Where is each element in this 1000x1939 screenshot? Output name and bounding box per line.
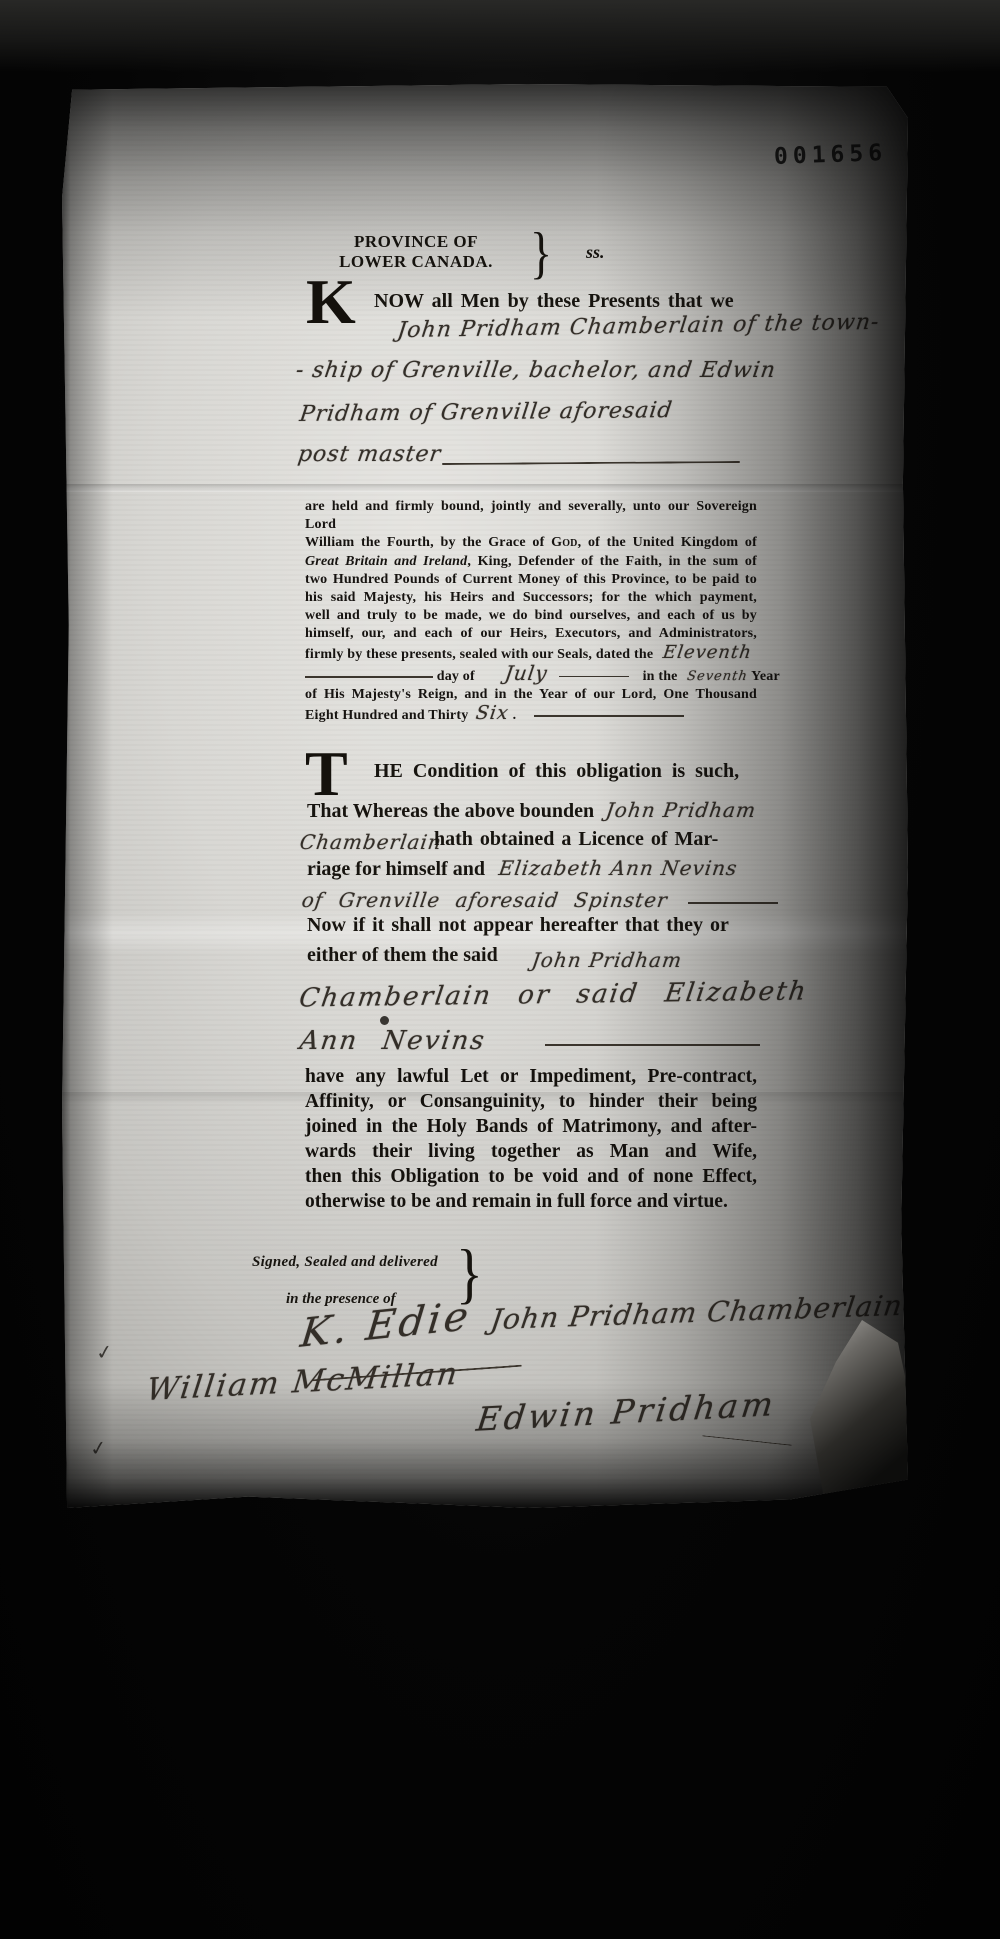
- bond-line: Great Britain and Ireland, King, Defende…: [305, 553, 757, 571]
- ss-abbreviation: ss.: [586, 242, 605, 263]
- attestation-line1: Signed, Sealed and delivered: [252, 1254, 438, 1271]
- handwritten-parties-line2: Chamberlain or said Elizabeth: [297, 976, 809, 1013]
- scan-backdrop: 001656 PROVINCE OF LOWER CANADA. } ss. K…: [0, 0, 1000, 1939]
- handwritten-month: July: [503, 664, 548, 682]
- closing-line: otherwise to be and remain in full force…: [305, 1189, 757, 1214]
- condition-headline: HE Condition of this obligation is such,: [374, 760, 739, 783]
- handwritten-grantor-line3: Pridham of Grenville aforesaid: [298, 398, 674, 427]
- signature-edwin-pridham: Edwin Pridham: [474, 1384, 778, 1438]
- ink-blot: [380, 1016, 389, 1025]
- signature-john-pridham-chamberlain: John Pridham Chamberlain: [489, 1289, 905, 1336]
- ink-rule: [534, 715, 684, 717]
- licence-line: hath obtained a Licence of Mar-: [434, 828, 718, 851]
- dropcap-T: T: [305, 748, 348, 799]
- closing-paragraph: have any lawful Let or Impediment, Pre-c…: [305, 1064, 757, 1214]
- handwritten-parties-line3: Ann Nevins: [298, 1026, 488, 1056]
- handwritten-regnal-year: Seventh: [686, 668, 749, 686]
- now-line1: Now if it shall not appear hereafter tha…: [307, 914, 729, 937]
- whereas-line1: That Whereas the above bounden John Prid…: [307, 798, 756, 823]
- scan-top-haze: [0, 0, 1000, 72]
- handwritten-groom-name: John Pridham: [604, 798, 758, 822]
- handwritten-party-name: John Pridham: [530, 948, 684, 972]
- bond-line: his said Majesty, his Heirs and Successo…: [305, 589, 757, 607]
- deity-smallcaps: God: [551, 535, 578, 550]
- handwritten-day: Eleventh: [662, 644, 753, 662]
- handwritten-grantor-line2: - ship of Grenville, bachelor, and Edwin: [294, 358, 777, 383]
- ink-rule: [305, 676, 433, 678]
- bond-line: are held and firmly bound, jointly and s…: [305, 498, 757, 534]
- opening-headline: NOW all Men by these Presents that we: [374, 290, 734, 313]
- now-line2: either of them the said John Pridham: [307, 942, 682, 967]
- handwritten-bride-name: Elizabeth Ann Nevins: [497, 856, 739, 880]
- closing-line: joined in the Holy Bands of Matrimony, a…: [305, 1114, 757, 1139]
- bond-line: William the Fourth, by the Grace of God,…: [305, 534, 757, 552]
- fold-crease: [62, 484, 908, 492]
- ink-rule: [688, 902, 778, 904]
- dropcap-K: K: [306, 276, 356, 327]
- serial-number-stamp: 001656: [774, 140, 888, 170]
- torn-corner: [810, 1320, 910, 1510]
- bond-line: well and truly to be made, we do bind ou…: [305, 607, 757, 625]
- handwritten-bride-residence: of Grenville aforesaid Spinster: [300, 888, 669, 912]
- handwritten-year: Six: [475, 704, 510, 722]
- handwritten-grantor-line4: post master: [296, 442, 443, 467]
- signature-witness-mcmillan: William McMillan: [145, 1356, 462, 1408]
- ink-rule: [442, 461, 740, 465]
- margin-checkmark: ✓: [88, 1435, 108, 1461]
- bond-year-line: Eight Hundred and Thirty Six .: [305, 704, 757, 725]
- ink-rule: [545, 1044, 760, 1046]
- handwritten-groom-surname: Chamberlain: [298, 830, 443, 854]
- bond-paragraph: are held and firmly bound, jointly and s…: [305, 498, 757, 725]
- bond-line: of His Majesty's Reign, and in the Year …: [305, 686, 757, 704]
- realm-italic: Great Britain and Ireland: [305, 554, 467, 569]
- closing-line: Affinity, or Consanguinity, to hinder th…: [305, 1089, 757, 1114]
- bride-residence-line: of Grenville aforesaid Spinster: [302, 888, 778, 912]
- document-page: 001656 PROVINCE OF LOWER CANADA. } ss. K…: [62, 84, 908, 1508]
- bond-line: himself, our, and each of our Heirs, Exe…: [305, 625, 757, 643]
- closing-line: then this Obligation to be void and of n…: [305, 1164, 757, 1189]
- riage-line: riage for himself and Elizabeth Ann Nevi…: [307, 856, 737, 881]
- closing-line: wards their living together as Man and W…: [305, 1139, 757, 1164]
- closing-line: have any lawful Let or Impediment, Pre-c…: [305, 1064, 757, 1089]
- margin-checkmark: ✓: [94, 1339, 114, 1365]
- province-line1: PROVINCE OF: [310, 232, 522, 252]
- province-brace: }: [530, 219, 552, 285]
- handwritten-grantor-line1: John Pridham Chamberlain of the town-: [396, 310, 881, 343]
- bond-dayof-line: day of July in the Seventh Year: [305, 664, 757, 686]
- handwritten-parties-line3-row: Ann Nevins: [300, 1026, 760, 1056]
- ink-flourish: [559, 676, 629, 677]
- bond-line: two Hundred Pounds of Current Money of t…: [305, 571, 757, 589]
